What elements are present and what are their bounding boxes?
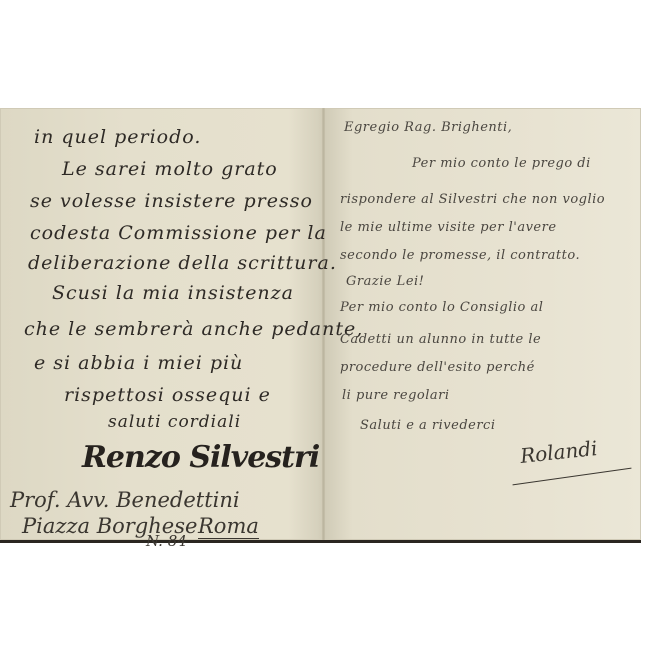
signature-flourish	[513, 468, 632, 486]
left-line-4: codesta Commissione per la	[30, 222, 327, 244]
left-line-7: che le sembrerà anche pedante,	[24, 318, 363, 340]
left-line-9: rispettosi ossequi e	[64, 384, 271, 406]
left-line-2: Le sarei molto grato	[62, 158, 278, 180]
right-line-1: Per mio conto le prego di	[412, 156, 591, 171]
left-page: in quel periodo. Le sarei molto grato se…	[0, 108, 322, 540]
left-line-8: e si abbia i miei più	[34, 352, 243, 374]
left-line-6: Scusi la mia insistenza	[52, 282, 294, 304]
right-line-10: Saluti e a rivederci	[360, 418, 496, 433]
right-page: Egregio Rag. Brighenti, Per mio conto le…	[326, 108, 641, 540]
right-line-6: Per mio conto lo Consiglio al	[340, 300, 543, 315]
right-line-3: le mie ultime visite per l'avere	[340, 220, 557, 235]
left-line-1: in quel periodo.	[34, 126, 201, 148]
right-line-7: Cadetti un alunno in tutte le	[340, 332, 541, 347]
right-salutation: Egregio Rag. Brighenti,	[344, 120, 512, 135]
address-city: Roma	[198, 514, 259, 539]
address-line-1: Prof. Avv. Benedettini	[10, 488, 240, 512]
right-line-4: secondo le promesse, il contratto.	[340, 248, 580, 263]
address-number: N. 84	[146, 532, 187, 550]
right-signature: Rolandi	[519, 436, 599, 468]
left-line-5: deliberazione della scrittura.	[28, 252, 337, 274]
right-line-8: procedure dell'esito perché	[340, 360, 535, 375]
left-line-10: saluti cordiali	[108, 412, 241, 432]
right-line-9: li pure regolari	[342, 388, 450, 403]
right-line-5: Grazie Lei!	[346, 274, 424, 289]
left-line-3: se volesse insistere presso	[30, 190, 313, 212]
right-line-2: rispondere al Silvestri che non voglio	[340, 192, 605, 207]
left-signature: Renzo Silvestri	[82, 440, 319, 475]
